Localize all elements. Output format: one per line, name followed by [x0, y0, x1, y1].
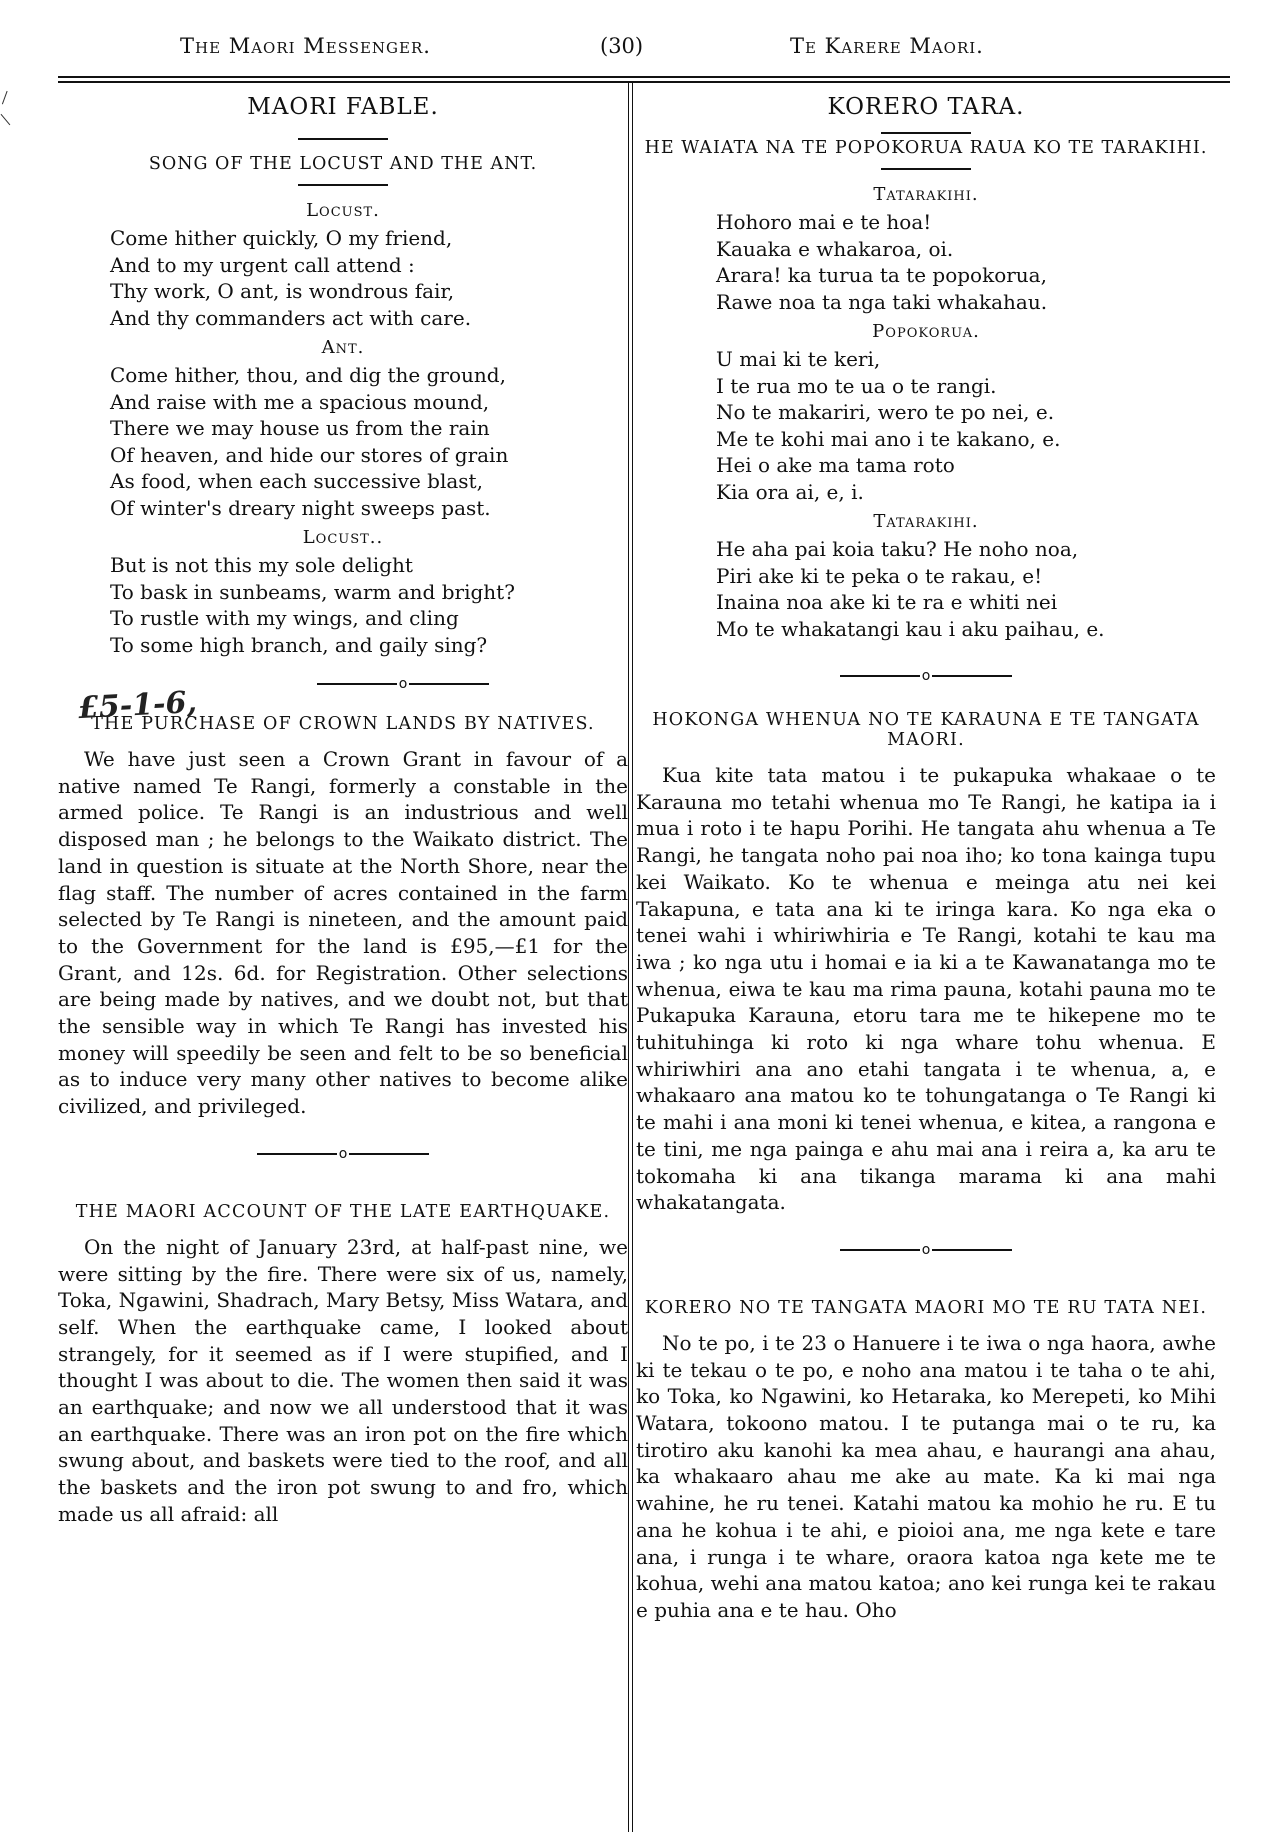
- fable-subtitle: SONG OF THE LOCUST AND THE ANT.: [58, 154, 628, 174]
- verse-line: Hei o ake ma tama roto: [716, 452, 1216, 479]
- verse-line: To some high branch, and gaily sing?: [110, 632, 628, 659]
- verse-line: To bask in sunbeams, warm and bright?: [110, 579, 628, 606]
- verse-line: Of winter's dreary night sweeps past.: [110, 495, 628, 522]
- stanza-speaker: Locust.: [58, 200, 628, 221]
- column-divider: [628, 82, 633, 1832]
- fable-subtitle: HE WAIATA NA TE POPOKORUA RAUA KO TE TAR…: [636, 138, 1216, 158]
- verse-line: Piri ake ki te peka o te rakau, e!: [716, 563, 1216, 590]
- stanza-speaker: Ant.: [58, 337, 628, 358]
- section-separator: o: [636, 1242, 1216, 1262]
- article-body: On the night of January 23rd, at half-pa…: [58, 1234, 628, 1528]
- stanza-speaker: Locust..: [58, 527, 628, 548]
- verse-line: Rawe noa ta nga taki whakahau.: [716, 289, 1216, 316]
- title-rule: [298, 138, 388, 140]
- masthead: The Maori Messenger. (30) Te Karere Maor…: [60, 34, 1260, 64]
- verse-line: He aha pai koia taku? He noho noa,: [716, 536, 1216, 563]
- subtitle-rule: [298, 184, 388, 186]
- handwritten-annotation: £5-1-6,: [77, 685, 198, 726]
- verse-line: Inaina noa ake ki te ra e whiti nei: [716, 589, 1216, 616]
- verse-line: Arara! ka turua ta te popokorua,: [716, 262, 1216, 289]
- verse-line: Me te kohi mai ano i te kakano, e.: [716, 426, 1216, 453]
- article-title: THE MAORI ACCOUNT OF THE LATE EARTHQUAKE…: [58, 1202, 628, 1222]
- section-separator: o: [58, 1146, 628, 1166]
- margin-mark-lower: [1, 109, 17, 126]
- verse-line: Mo te whakatangi kau i aku paihau, e.: [716, 616, 1216, 643]
- verse-line: And raise with me a spacious mound,: [110, 389, 628, 416]
- verse-line: There we may house us from the rain: [110, 415, 628, 442]
- article-body: Kua kite tata matou i te pukapuka whakaa…: [636, 762, 1216, 1216]
- section-separator: o: [636, 668, 1216, 688]
- article-body: No te po, i te 23 o Hanuere i te iwa o n…: [636, 1330, 1216, 1624]
- english-column: MAORI FABLE. SONG OF THE LOCUST AND THE …: [58, 88, 628, 1528]
- maori-column: KORERO TARA. HE WAIATA NA TE POPOKORUA R…: [636, 88, 1216, 1624]
- verse-line: Come hither, thou, and dig the ground,: [110, 362, 628, 389]
- article-body: We have just seen a Crown Grant in favou…: [58, 746, 628, 1120]
- verse-line: Hohoro mai e te hoa!: [716, 209, 1216, 236]
- verse-line: Kauaka e whakaroa, oi.: [716, 236, 1216, 263]
- verse-line: U mai ki te keri,: [716, 346, 1216, 373]
- title-rule: [881, 132, 971, 134]
- fable-title: KORERO TARA.: [636, 94, 1216, 128]
- masthead-double-rule: [58, 76, 1230, 83]
- verse-line: No te makariri, wero te po nei, e.: [716, 399, 1216, 426]
- verse-line: As food, when each successive blast,: [110, 468, 628, 495]
- verse-line: And thy commanders act with care.: [110, 305, 628, 332]
- verse-line: Come hither quickly, O my friend,: [110, 225, 628, 252]
- verse-line: Kia ora ai, e, i.: [716, 479, 1216, 506]
- masthead-english-title: The Maori Messenger.: [180, 34, 431, 58]
- verse-line: Of heaven, and hide our stores of grain: [110, 442, 628, 469]
- verse-line: To rustle with my wings, and cling: [110, 605, 628, 632]
- verse-line: Thy work, O ant, is wondrous fair,: [110, 278, 628, 305]
- article-title: KORERO NO TE TANGATA MAORI MO TE RU TATA…: [636, 1298, 1216, 1318]
- verse-line: And to my urgent call attend :: [110, 252, 628, 279]
- page-number: (30): [600, 34, 643, 58]
- stanza-speaker: Tatarakihi.: [636, 511, 1216, 532]
- subtitle-rule: [881, 168, 971, 170]
- verse-line: But is not this my sole delight: [110, 552, 628, 579]
- stanza-speaker: Popokorua.: [636, 321, 1216, 342]
- section-separator: o: [178, 676, 628, 696]
- fable-title: MAORI FABLE.: [58, 94, 628, 128]
- verse-line: I te rua mo te ua o te rangi.: [716, 373, 1216, 400]
- stanza-speaker: Tatarakihi.: [636, 184, 1216, 205]
- masthead-maori-title: Te Karere Maori.: [790, 34, 984, 58]
- margin-mark-top: [2, 91, 15, 107]
- article-title: HOKONGA WHENUA NO TE KARAUNA E TE TANGAT…: [636, 710, 1216, 750]
